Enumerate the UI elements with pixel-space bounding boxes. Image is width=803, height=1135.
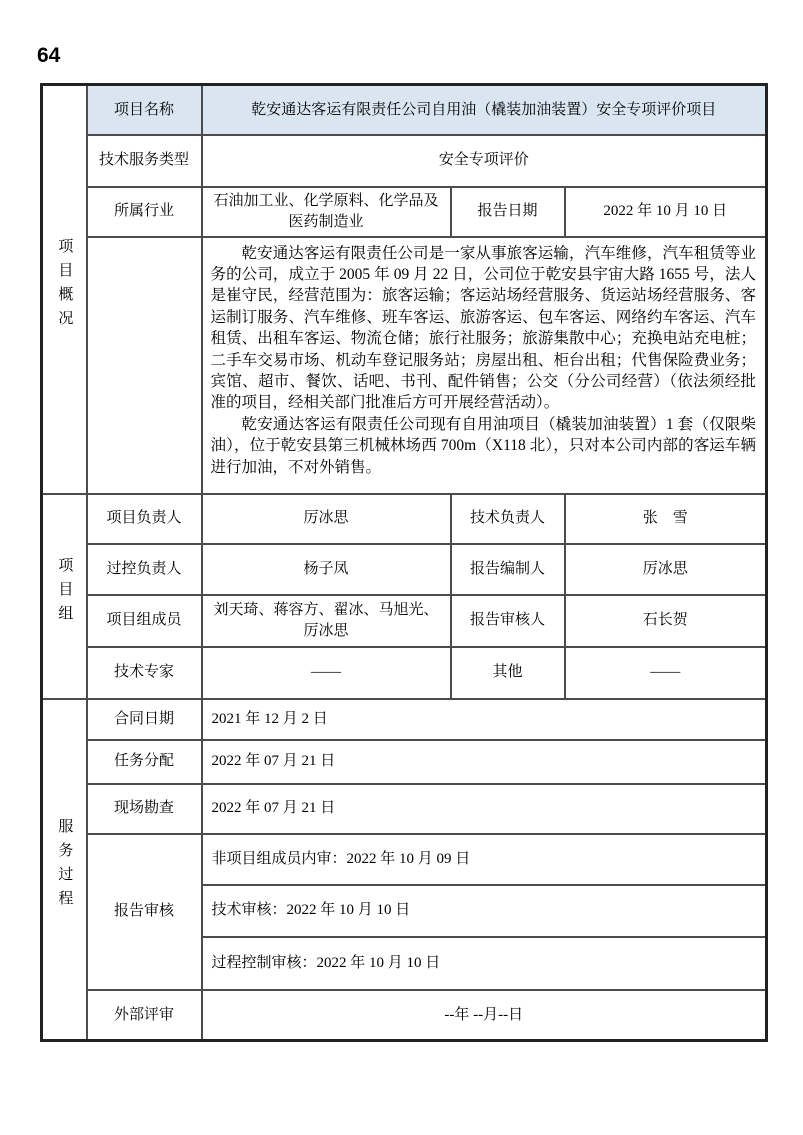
- row-tech-expert: 技术专家 —— 其他 ——: [42, 647, 767, 699]
- project-info-table: 项目概况 项目名称 乾安通达客运有限责任公司自用油（橇装加油装置）安全专项评价项…: [40, 83, 768, 1042]
- project-leader-value: 厉冰思: [202, 494, 451, 544]
- row-contract-date: 服务过程 合同日期 2021 年 12 月 2 日: [42, 699, 767, 740]
- site-survey-label: 现场勘查: [87, 784, 202, 834]
- service-type-label: 技术服务类型: [87, 135, 202, 187]
- row-service-type: 技术服务类型 安全专项评价: [42, 135, 767, 187]
- tech-expert-label: 技术专家: [87, 647, 202, 699]
- other-label: 其他: [451, 647, 565, 699]
- industry-label: 所属行业: [87, 187, 202, 237]
- contract-date-label: 合同日期: [87, 699, 202, 740]
- overview-paragraph-cell: 乾安通达客运有限责任公司是一家从事旅客运输，汽车维修，汽车租赁等业务的公司，成立…: [202, 237, 767, 494]
- site-survey-value: 2022 年 07 月 21 日: [202, 784, 767, 834]
- row-overview-text: 乾安通达客运有限责任公司是一家从事旅客运输，汽车维修，汽车租赁等业务的公司，成立…: [42, 237, 767, 494]
- empty-cell: [87, 237, 202, 494]
- overview-paragraph-1: 乾安通达客运有限责任公司是一家从事旅客运输，汽车维修，汽车租赁等业务的公司，成立…: [211, 243, 757, 414]
- contract-date-value: 2021 年 12 月 2 日: [202, 699, 767, 740]
- project-name-value: 乾安通达客运有限责任公司自用油（橇装加油装置）安全专项评价项目: [202, 85, 767, 135]
- vertical-text-process: 服务过程: [54, 818, 74, 914]
- external-review-label: 外部评审: [87, 990, 202, 1041]
- row-external-review: 外部评审 --年 --月--日: [42, 990, 767, 1041]
- project-name-label: 项目名称: [87, 85, 202, 135]
- tech-expert-value: ——: [202, 647, 451, 699]
- report-writer-label: 报告编制人: [451, 544, 565, 595]
- industry-value: 石油加工业、化学原料、化学品及医药制造业: [202, 187, 451, 237]
- row-site-survey: 现场勘查 2022 年 07 月 21 日: [42, 784, 767, 834]
- group-label-service-process: 服务过程: [42, 699, 87, 1041]
- other-value: ——: [565, 647, 767, 699]
- row-industry: 所属行业 石油加工业、化学原料、化学品及医药制造业 报告日期 2022 年 10…: [42, 187, 767, 237]
- process-control-leader-value: 杨子凤: [202, 544, 451, 595]
- task-assignment-value: 2022 年 07 月 21 日: [202, 740, 767, 784]
- tech-leader-value: 张 雪: [565, 494, 767, 544]
- vertical-text-team: 项目组: [54, 557, 74, 629]
- row-project-leader: 项目组 项目负责人 厉冰思 技术负责人 张 雪: [42, 494, 767, 544]
- project-leader-label: 项目负责人: [87, 494, 202, 544]
- team-members-label: 项目组成员: [87, 595, 202, 647]
- service-type-value: 安全专项评价: [202, 135, 767, 187]
- row-task-assignment: 任务分配 2022 年 07 月 21 日: [42, 740, 767, 784]
- report-date-label: 报告日期: [451, 187, 565, 237]
- internal-review-value: 非项目组成员内审：2022 年 10 月 09 日: [202, 834, 767, 885]
- report-review-label: 报告审核: [87, 834, 202, 990]
- row-process-control-leader: 过控负责人 杨子凤 报告编制人 厉冰思: [42, 544, 767, 595]
- row-internal-review: 报告审核 非项目组成员内审：2022 年 10 月 09 日: [42, 834, 767, 885]
- process-control-leader-label: 过控负责人: [87, 544, 202, 595]
- row-project-name: 项目概况 项目名称 乾安通达客运有限责任公司自用油（橇装加油装置）安全专项评价项…: [42, 85, 767, 135]
- group-label-project-overview: 项目概况: [42, 85, 87, 494]
- report-reviewer-label: 报告审核人: [451, 595, 565, 647]
- report-writer-value: 厉冰思: [565, 544, 767, 595]
- tech-leader-label: 技术负责人: [451, 494, 565, 544]
- report-reviewer-value: 石长贺: [565, 595, 767, 647]
- team-members-value: 刘天琦、蒋容方、翟冰、马旭光、厉冰思: [202, 595, 451, 647]
- technical-review-value: 技术审核：2022 年 10 月 10 日: [202, 885, 767, 937]
- external-review-value: --年 --月--日: [202, 990, 767, 1041]
- overview-paragraph-2: 乾安通达客运有限责任公司现有自用油项目（橇装加油装置）1 套（仅限柴油），位于乾…: [211, 414, 757, 478]
- vertical-text-overview: 项目概况: [54, 238, 74, 334]
- group-label-project-team: 项目组: [42, 494, 87, 699]
- task-assignment-label: 任务分配: [87, 740, 202, 784]
- row-team-members: 项目组成员 刘天琦、蒋容方、翟冰、马旭光、厉冰思 报告审核人 石长贺: [42, 595, 767, 647]
- page-number: 64: [37, 45, 60, 66]
- report-date-value: 2022 年 10 月 10 日: [565, 187, 767, 237]
- process-control-review-value: 过程控制审核：2022 年 10 月 10 日: [202, 937, 767, 990]
